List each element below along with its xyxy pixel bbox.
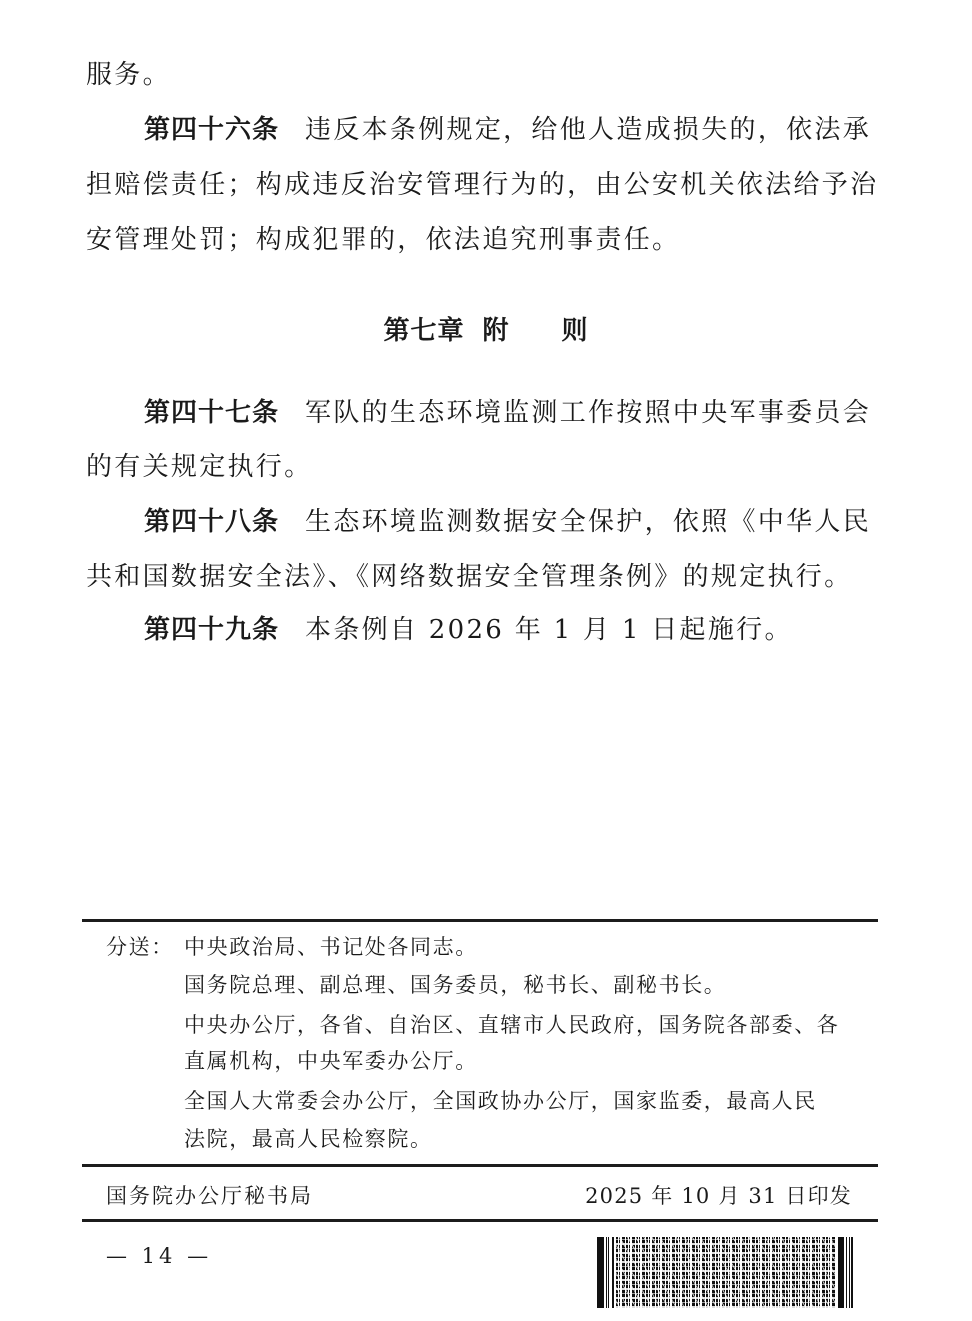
page-number: — 14 — — [106, 1244, 212, 1268]
article-number: 第四十八条 — [144, 507, 279, 537]
article-text: 违反本条例规定，给他人造成损失的，依法承 — [305, 115, 871, 145]
article-number: 第四十七条 — [144, 398, 279, 428]
article-49: 第四十九条本条例自 2026 年 1 月 1 日起施行。 — [144, 613, 936, 647]
distribution-line: 全国人大常委会办公厅，全国政协办公厅，国家监委，最高人民 — [184, 1086, 817, 1116]
article-text-line: 的有关规定执行。 — [86, 450, 878, 484]
issuer: 国务院办公厅秘书局 — [106, 1180, 313, 1210]
distribution-label: 分送： — [106, 932, 174, 962]
article-text: 军队的生态环境监测工作按照中央军事委员会 — [305, 398, 871, 428]
article-number: 第四十九条 — [144, 615, 279, 645]
pdf417-barcode — [597, 1237, 853, 1308]
article-text: 生态环境监测数据安全保护，依照《中华人民 — [305, 507, 871, 537]
article-47: 第四十七条军队的生态环境监测工作按照中央军事委员会 — [144, 396, 936, 430]
distribution-line: 直属机构，中央军委办公厅。 — [184, 1046, 478, 1076]
article-text: 本条例自 2026 年 1 月 1 日起施行。 — [305, 615, 793, 645]
distribution-line: 法院，最高人民检察院。 — [184, 1124, 433, 1154]
issue-date: 2025 年 10 月 31 日印发 — [585, 1180, 852, 1210]
chapter-heading: 第七章附则 — [0, 310, 972, 347]
article-46: 第四十六条违反本条例规定，给他人造成损失的，依法承 — [144, 113, 936, 147]
article-48: 第四十八条生态环境监测数据安全保护，依照《中华人民 — [144, 505, 936, 539]
chapter-title-part: 则 — [562, 316, 589, 346]
article-text-line: 共和国数据安全法》、《网络数据安全管理条例》的规定执行。 — [86, 560, 878, 594]
divider-middle — [82, 1164, 878, 1167]
divider-bottom — [82, 1219, 878, 1222]
divider-top — [82, 919, 878, 922]
chapter-number: 第七章 — [383, 316, 464, 346]
chapter-title-part: 附 — [482, 316, 509, 346]
distribution-line: 中央政治局、书记处各同志。 — [184, 932, 478, 962]
article-text-line: 安管理处罚；构成犯罪的，依法追究刑事责任。 — [86, 223, 878, 257]
continuation-text: 服务。 — [86, 58, 878, 92]
article-number: 第四十六条 — [144, 115, 279, 145]
distribution-line: 中央办公厅，各省、自治区、直辖市人民政府，国务院各部委、各 — [184, 1010, 839, 1040]
distribution-line: 国务院总理、副总理、国务委员，秘书长、副秘书长。 — [184, 970, 726, 1000]
article-text-line: 担赔偿责任；构成违反治安管理行为的，由公安机关依法给予治 — [86, 168, 878, 202]
